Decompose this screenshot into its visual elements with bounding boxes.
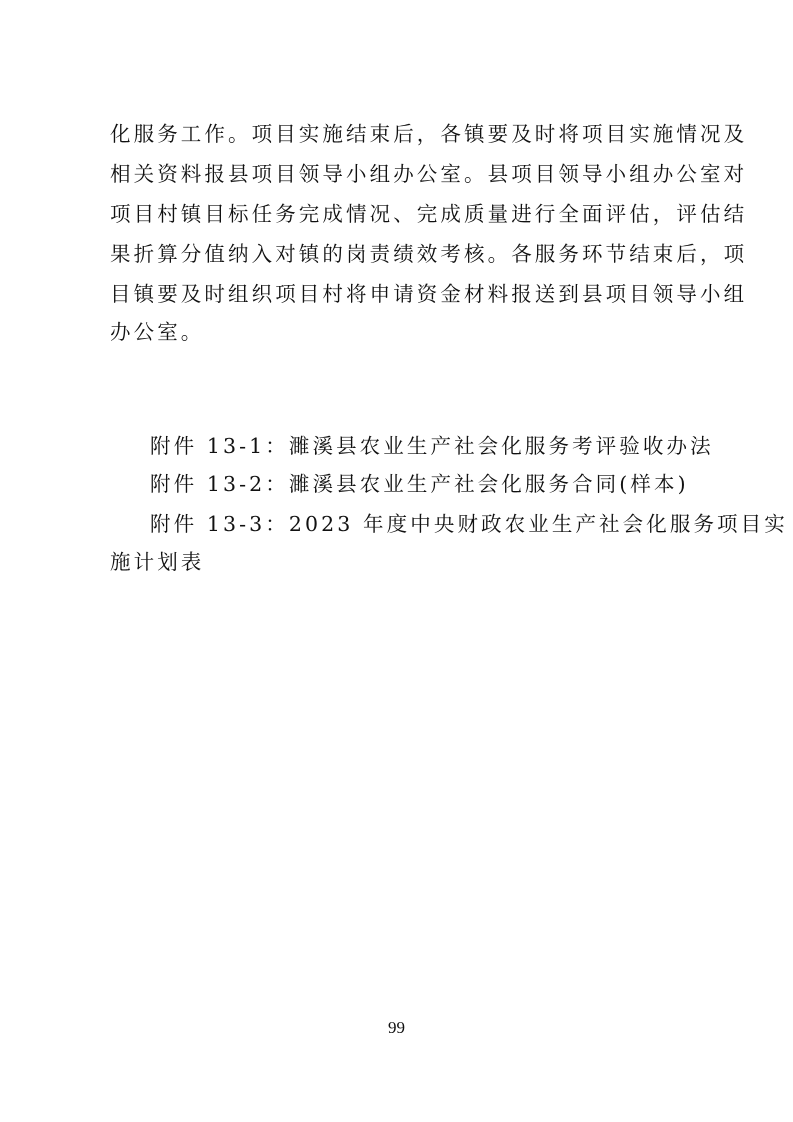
paragraph-line: 项目村镇目标任务完成情况、完成质量进行全面评估，评估结	[110, 200, 690, 228]
attachment-item: 附件 13-1：濉溪县农业生产社会化服务考评验收办法	[150, 432, 730, 460]
paragraph-line: 相关资料报县项目领导小组办公室。县项目领导小组办公室对	[110, 160, 690, 188]
paragraph-line: 果折算分值纳入对镇的岗责绩效考核。各服务环节结束后，项	[110, 240, 690, 268]
attachment-item: 附件 13-2：濉溪县农业生产社会化服务合同(样本)	[150, 470, 730, 498]
attachment-item: 附件 13-3：2023 年度中央财政农业生产社会化服务项目实	[150, 510, 730, 538]
paragraph-line: 目镇要及时组织项目村将申请资金材料报送到县项目领导小组	[110, 280, 690, 308]
attachment-continuation: 施计划表	[110, 548, 690, 576]
paragraph-line: 办公室。	[110, 318, 690, 346]
paragraph-line: 化服务工作。项目实施结束后，各镇要及时将项目实施情况及	[110, 120, 690, 148]
page-number: 99	[0, 1018, 793, 1038]
